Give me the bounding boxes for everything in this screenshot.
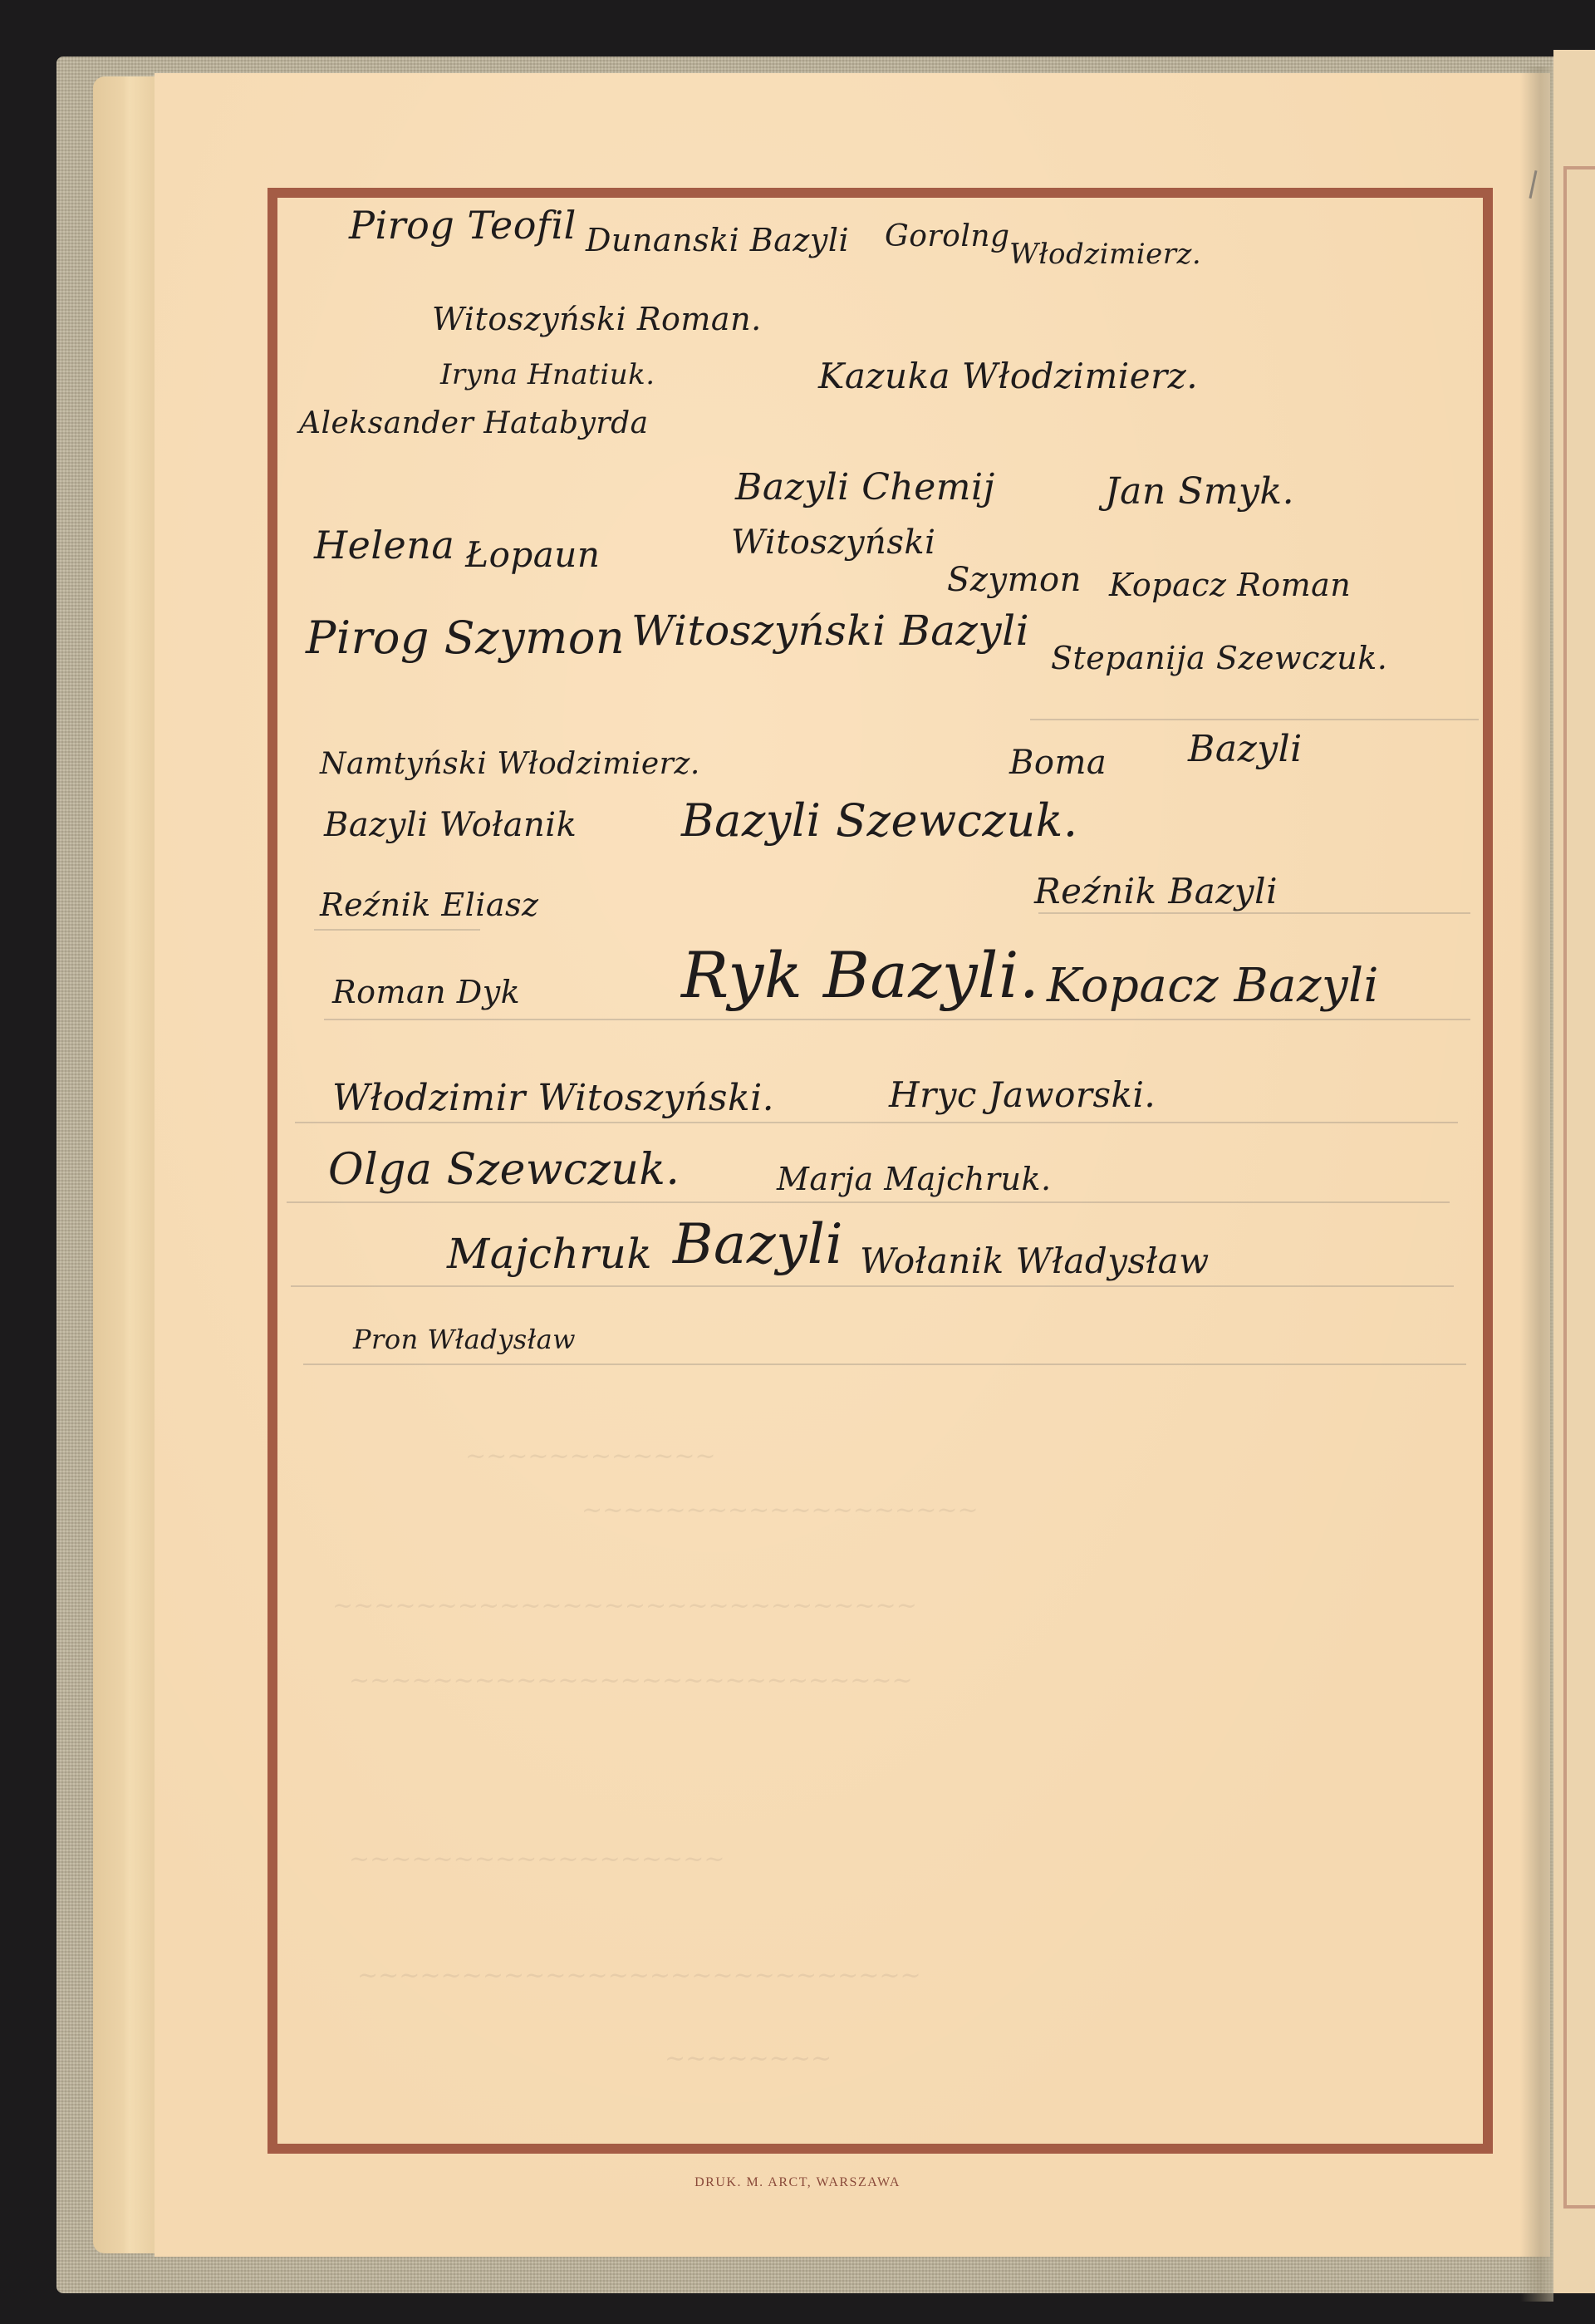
book-gutter: [1520, 66, 1553, 2302]
handwritten-signature: Włodzimierz.: [1009, 238, 1201, 271]
handwritten-signature: Dunanski Bazyli: [586, 222, 849, 258]
handwritten-signature: Pirog Szymon: [306, 612, 625, 664]
handwritten-signature: Bazyli: [673, 1212, 843, 1276]
page-stack-edge: [93, 76, 159, 2253]
handwritten-signature: Roman Dyk: [332, 974, 520, 1010]
handwritten-signature: Boma: [1009, 744, 1107, 782]
handwritten-signature: Bazyli Wołanik: [324, 806, 577, 844]
handwritten-signature: Włodzimir Witoszyński.: [332, 1077, 774, 1119]
handwritten-signature: Gorolng: [885, 219, 1010, 253]
handwritten-signature: Szymon: [947, 561, 1082, 599]
facing-page-sliver: [1553, 50, 1595, 2293]
handwritten-signature: Wołanik Władysław: [860, 1241, 1210, 1281]
guide-rule: [295, 1122, 1458, 1123]
guide-rule: [303, 1363, 1466, 1365]
handwritten-signature: Reźnik Eliasz: [320, 887, 539, 923]
bleed-through-text: ~~~~~~~~~~~~~~~~~~~: [582, 1496, 979, 1525]
handwritten-signature: Hryc Jaworski.: [889, 1074, 1156, 1115]
bleed-through-text: ~~~~~~~~~~~~~~~~~~~~~~~~~~~: [357, 1961, 921, 1990]
guide-rule: [1038, 912, 1470, 914]
bleed-through-text: ~~~~~~~~~~~~~~~~~~~~~~~~~~~~: [332, 1591, 917, 1620]
bleed-through-text: ~~~~~~~~~~~~~~~~~~~~~~~~~~~: [349, 1666, 913, 1695]
handwritten-signature: Iryna Hnatiuk.: [440, 358, 655, 391]
handwritten-signature: Bazyli Szewczuk.: [681, 794, 1078, 847]
handwritten-signature: Aleksander Hatabyrda: [299, 406, 649, 440]
printer-imprint: DRUK. M. ARCT, WARSZAWA: [0, 2175, 1595, 2190]
handwritten-signature: Ryk Bazyli.: [681, 938, 1039, 1012]
guide-rule: [1030, 719, 1479, 720]
handwritten-signature: Olga Szewczuk.: [328, 1145, 680, 1195]
facing-page-frame: [1563, 166, 1595, 2209]
bleed-through-text: ~~~~~~~~~~~~: [465, 1442, 716, 1471]
handwritten-signature: Kopacz Bazyli: [1047, 959, 1379, 1013]
handwritten-signature: Pron Władysław: [353, 1324, 576, 1355]
handwritten-signature: Witoszyński Roman.: [432, 301, 762, 337]
handwritten-signature: Bazyli Chemij: [735, 466, 995, 509]
guide-rule: [287, 1201, 1450, 1203]
handwritten-signature: Reźnik Bazyli: [1034, 871, 1278, 911]
bleed-through-text: ~~~~~~~~: [665, 2044, 832, 2073]
guide-rule: [314, 929, 480, 931]
handwritten-signature: Jan Smyk.: [1105, 470, 1294, 513]
handwritten-signature: Witoszyński Bazyli: [631, 607, 1029, 655]
guide-rule: [291, 1285, 1454, 1287]
handwritten-signature: Stepanija Szewczuk.: [1051, 640, 1387, 676]
handwritten-signature: Bazyli: [1188, 728, 1303, 770]
handwritten-signature: Witoszyński: [731, 523, 935, 562]
handwritten-signature: Helena: [314, 523, 454, 567]
handwritten-signature: Namtyński Włodzimierz.: [320, 747, 700, 781]
handwritten-signature: Pirog Teofil: [349, 203, 577, 248]
guide-rule: [324, 1019, 1470, 1020]
handwritten-signature: Kazuka Włodzimierz.: [818, 356, 1198, 396]
handwritten-signature: Łopaun: [465, 534, 600, 575]
handwritten-signature: Majchruk: [447, 1230, 652, 1278]
handwritten-signature: Kopacz Roman: [1109, 567, 1351, 603]
handwritten-signature: Marja Majchruk.: [777, 1161, 1052, 1197]
bleed-through-text: ~~~~~~~~~~~~~~~~~~: [349, 1845, 724, 1874]
